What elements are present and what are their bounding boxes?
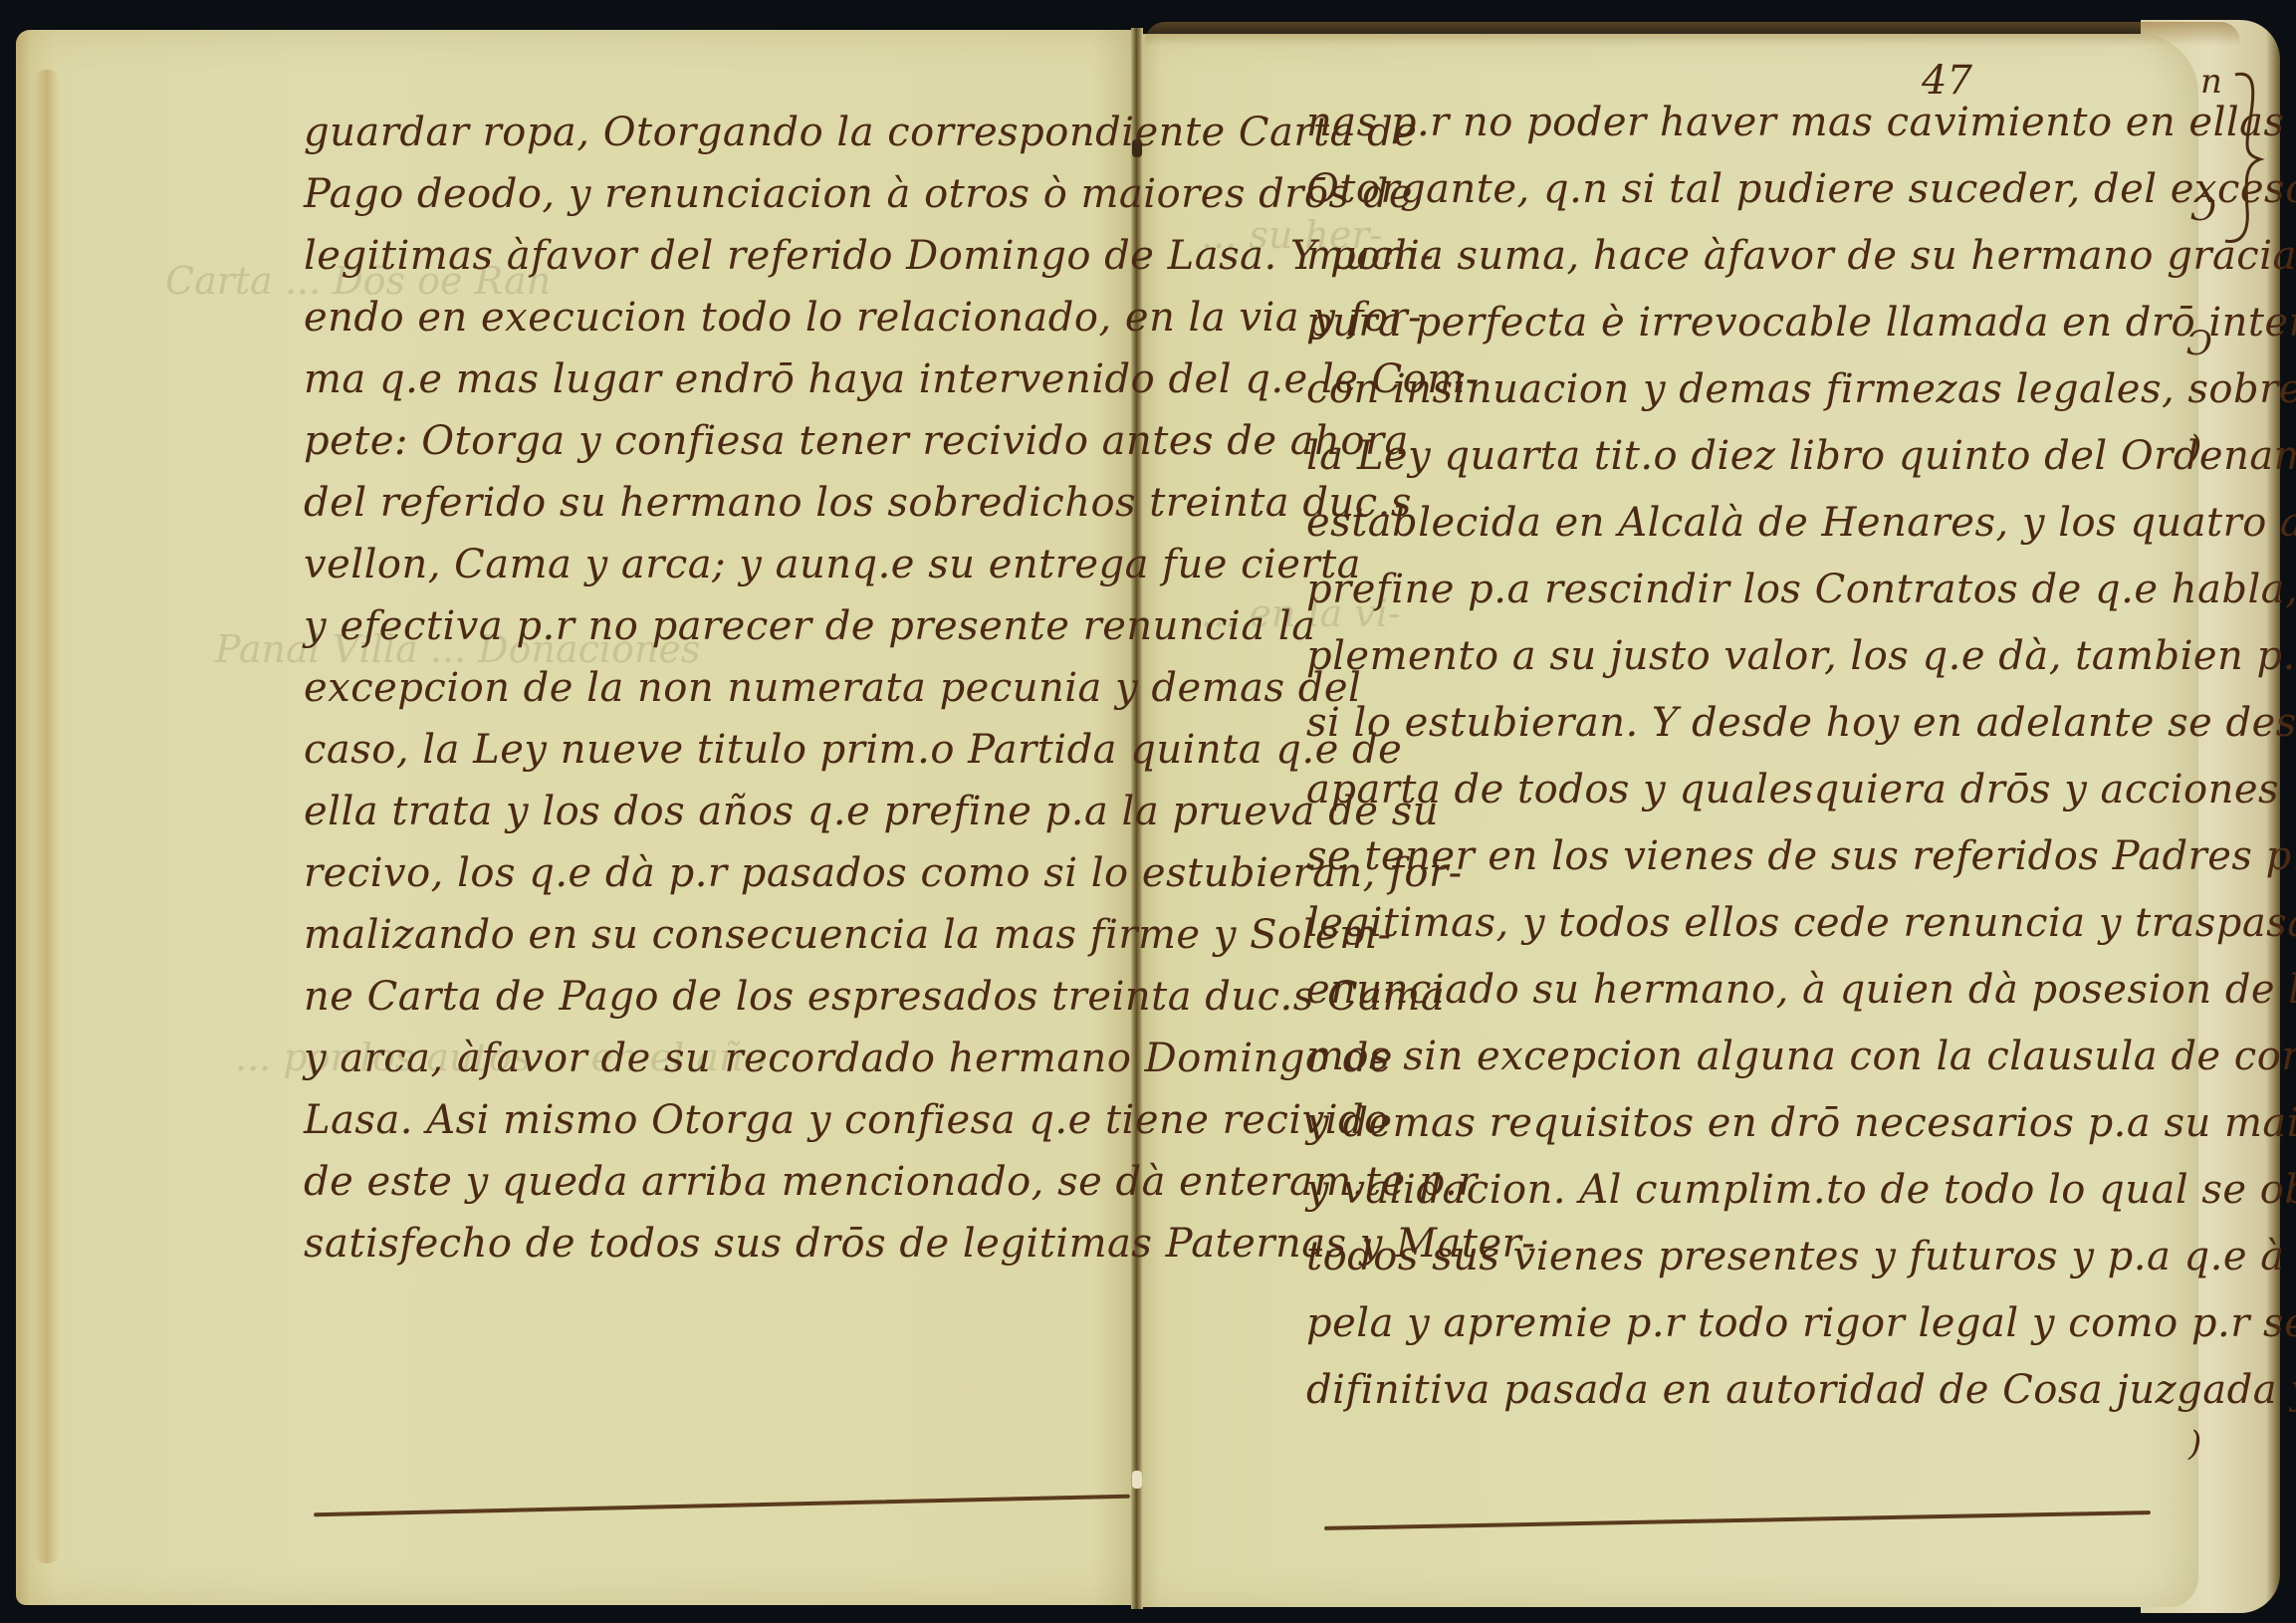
manuscript-line: prefine p.a rescindir los Contratos de q… [1306, 567, 2296, 612]
manuscript-line: Otorgante, q.n si tal pudiere suceder, d… [1306, 166, 2296, 212]
folio-number: 47 [1922, 58, 1972, 104]
manuscript-line: y validacion. Al cumplim.to de todo lo q… [1306, 1167, 2296, 1213]
manuscript-line: nas p.r no poder haver mas cavimiento en… [1306, 100, 2296, 145]
manuscript-line: malizando en su consecuencia la mas firm… [304, 912, 1392, 958]
manuscript-line: mucha suma, hace àfavor de su hermano gr… [1306, 233, 2296, 279]
manuscript-line: si lo estubieran. Y desde hoy en adelant… [1306, 700, 2296, 746]
manuscript-line: endo en execucion todo lo relacionado, e… [304, 295, 1422, 341]
manuscript-line: legitimas àfavor del referido Domingo de… [304, 233, 1434, 279]
margin-curly-brace-icon [2215, 70, 2275, 249]
manuscript-line: mos sin excepcion alguna con la clausula… [1306, 1034, 2296, 1079]
manuscript-line: pura perfecta è irrevocable llamada en d… [1306, 300, 2296, 346]
manuscript-line: y demas requisitos en drō necesarios p.a… [1306, 1100, 2296, 1146]
manuscript-line: plemento a su justo valor, los q.e dà, t… [1306, 633, 2296, 679]
manuscript-line: de este y queda arriba mencionado, se dà… [304, 1159, 1478, 1205]
manuscript-line: y efectiva p.r no parecer de presente re… [304, 603, 1316, 649]
margin-note: Ɔ [2186, 324, 2212, 363]
manuscript-line: Lasa. Asi mismo Otorga y confiesa q.e ti… [304, 1097, 1389, 1143]
manuscript-line: Pago deodo, y renunciacion à otros ò mai… [304, 171, 1413, 217]
manuscript-line: vellon, Cama y arca; y aunq.e su entrega… [304, 542, 1361, 587]
manuscript-line: pela y apremie p.r todo rigor legal y co… [1306, 1300, 2296, 1346]
manuscript-line: legitimas, y todos ellos cede renuncia y… [1306, 900, 2296, 946]
manuscript-line: caso, la Ley nueve titulo prim.o Partida… [304, 727, 1402, 773]
margin-note: n [2200, 62, 2222, 102]
manuscript-line: pete: Otorga y confiesa tener recivido a… [304, 418, 1409, 464]
manuscript-line: establecida en Alcalà de Henares, y los … [1306, 500, 2296, 546]
manuscript-line: la Ley quarta tit.o diez libro quinto de… [1306, 433, 2296, 479]
margin-note: ) [2188, 428, 2201, 468]
margin-note: Ɔ [2190, 189, 2216, 229]
manuscript-line: ma q.e mas lugar endrō haya intervenido … [304, 356, 1480, 402]
manuscript-line: aparta de todos y qualesquiera drōs y ac… [1306, 767, 2296, 812]
page-edge-stain [1145, 22, 2240, 46]
manuscript-line: enunciado su hermano, à quien dà posesio… [1306, 967, 2296, 1013]
open-manuscript-book: Carta ... Dōs oe Ran Panal Villa ... Don… [0, 0, 2296, 1623]
manuscript-line: y arca, àfavor de su recordado hermano D… [304, 1036, 1393, 1081]
manuscript-line: con insinuacion y demas firmezas legales… [1306, 366, 2296, 412]
margin-note: ) [2188, 1424, 2201, 1464]
manuscript-line: todos sus vienes presentes y futuros y p… [1306, 1234, 2296, 1279]
manuscript-line: excepcion de la non numerata pecunia y d… [304, 665, 1361, 711]
manuscript-line: difinitiva pasada en autoridad de Cosa j… [1306, 1367, 2296, 1413]
manuscript-line: ne Carta de Pago de los espresados trein… [304, 974, 1445, 1020]
manuscript-line: ella trata y los dos años q.e prefine p.… [304, 789, 1439, 834]
manuscript-line: guardar ropa, Otorgando la correspondien… [304, 110, 1417, 155]
manuscript-line: del referido su hermano los sobredichos … [304, 480, 1412, 526]
binding-thread [1132, 1471, 1142, 1489]
manuscript-line: recivo, los q.e dà p.r pasados como si l… [304, 850, 1463, 896]
manuscript-line: se tener en los vienes de sus referidos … [1306, 833, 2296, 879]
